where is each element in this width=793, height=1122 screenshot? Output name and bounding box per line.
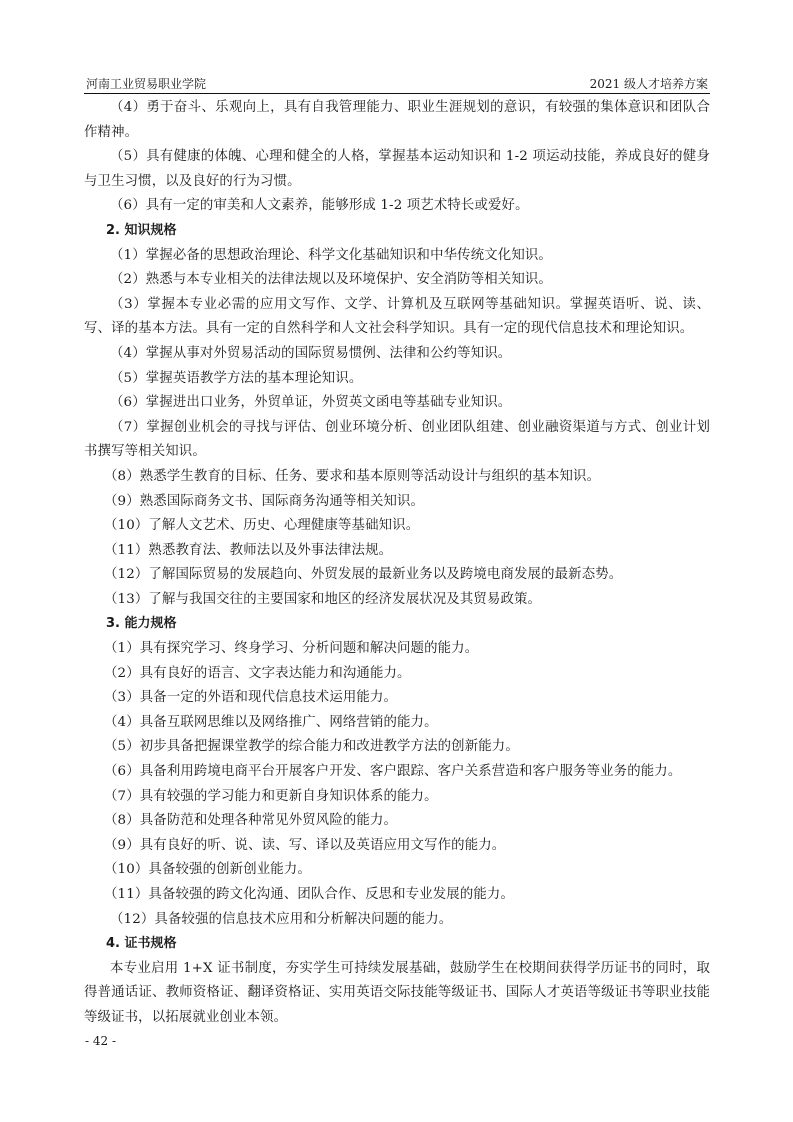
ability-item: （8）具备防范和处理各种常见外贸风险的能力。 bbox=[84, 809, 710, 834]
section-heading-ability: 3. 能力规格 bbox=[84, 612, 710, 637]
quality-item: （5）具有健康的体魄、心理和健全的人格，掌握基本运动知识和 1-2 项运动技能，… bbox=[84, 145, 710, 194]
knowledge-item: （6）掌握进出口业务，外贸单证，外贸英文函电等基础专业知识。 bbox=[84, 391, 710, 416]
knowledge-item: （3）掌握本专业必需的应用文写作、文学、计算机及互联网等基础知识。掌握英语听、说… bbox=[84, 293, 710, 342]
page-header: 河南工业贸易职业学院 2021 级人才培养方案 bbox=[84, 76, 710, 94]
ability-item: （10）具备较强的创新创业能力。 bbox=[84, 858, 710, 883]
knowledge-item: （5）掌握英语教学方法的基本理论知识。 bbox=[84, 367, 710, 392]
certificate-paragraph: 本专业启用 1+X 证书制度，夯实学生可持续发展基础，鼓励学生在校期间获得学历证… bbox=[84, 957, 710, 1031]
knowledge-item: （13）了解与我国交往的主要国家和地区的经济发展状况及其贸易政策。 bbox=[84, 588, 710, 613]
knowledge-item: （10）了解人文艺术、历史、心理健康等基础知识。 bbox=[84, 514, 710, 539]
ability-item: （9）具有良好的听、说、读、写、译以及英语应用文写作的能力。 bbox=[84, 834, 710, 859]
section-heading-knowledge: 2. 知识规格 bbox=[84, 219, 710, 244]
knowledge-item: （4）掌握从事对外贸易活动的国际贸易惯例、法律和公约等知识。 bbox=[84, 342, 710, 367]
knowledge-item: （8）熟悉学生教育的目标、任务、要求和基本原则等活动设计与组织的基本知识。 bbox=[84, 465, 710, 490]
knowledge-item: （9）熟悉国际商务文书、国际商务沟通等相关知识。 bbox=[84, 490, 710, 515]
ability-item: （2）具有良好的语言、文字表达能力和沟通能力。 bbox=[84, 662, 710, 687]
knowledge-item: （1）掌握必备的思想政治理论、科学文化基础知识和中华传统文化知识。 bbox=[84, 244, 710, 269]
knowledge-item: （7）掌握创业机会的寻找与评估、创业环境分析、创业团队组建、创业融资渠道与方式、… bbox=[84, 416, 710, 465]
ability-item: （12）具备较强的信息技术应用和分析解决问题的能力。 bbox=[84, 908, 710, 933]
header-institution: 河南工业贸易职业学院 bbox=[86, 77, 206, 91]
knowledge-item: （11）熟悉教育法、教师法以及外事法律法规。 bbox=[84, 539, 710, 564]
page-body: （4）勇于奋斗、乐观向上，具有自我管理能力、职业生涯规划的意识，有较强的集体意识… bbox=[84, 96, 710, 1031]
ability-item: （7）具有较强的学习能力和更新自身知识体系的能力。 bbox=[84, 785, 710, 810]
ability-item: （3）具备一定的外语和现代信息技术运用能力。 bbox=[84, 686, 710, 711]
ability-item: （6）具备利用跨境电商平台开展客户开发、客户跟踪、客户关系营造和客户服务等业务的… bbox=[84, 760, 710, 785]
ability-item: （1）具有探究学习、终身学习、分析问题和解决问题的能力。 bbox=[84, 637, 710, 662]
knowledge-item: （2）熟悉与本专业相关的法律法规以及环境保护、安全消防等相关知识。 bbox=[84, 268, 710, 293]
quality-item: （4）勇于奋斗、乐观向上，具有自我管理能力、职业生涯规划的意识，有较强的集体意识… bbox=[84, 96, 710, 145]
ability-item: （4）具备互联网思维以及网络推广、网络营销的能力。 bbox=[84, 711, 710, 736]
page-number: - 42 - bbox=[85, 1034, 116, 1048]
quality-item: （6）具有一定的审美和人文素养，能够形成 1-2 项艺术特长或爱好。 bbox=[84, 194, 710, 219]
ability-item: （11）具备较强的跨文化沟通、团队合作、反思和专业发展的能力。 bbox=[84, 883, 710, 908]
ability-item: （5）初步具备把握课堂教学的综合能力和改进教学方法的创新能力。 bbox=[84, 735, 710, 760]
header-document-title: 2021 级人才培养方案 bbox=[590, 77, 708, 91]
knowledge-item: （12）了解国际贸易的发展趋向、外贸发展的最新业务以及跨境电商发展的最新态势。 bbox=[84, 563, 710, 588]
section-heading-certificate: 4. 证书规格 bbox=[84, 932, 710, 957]
